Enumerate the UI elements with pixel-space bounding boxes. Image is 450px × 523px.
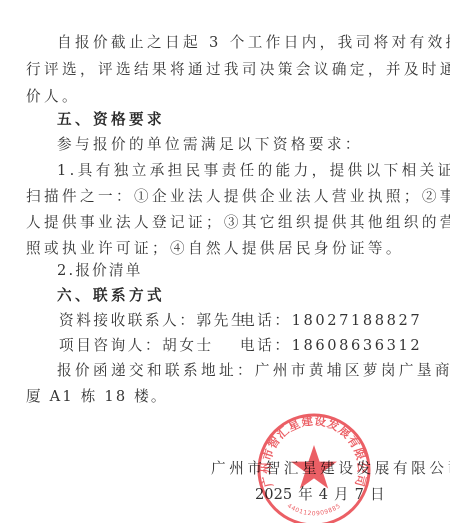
seal-code: 4401120909885 — [286, 502, 342, 517]
evaluation-line-3: 价人。 — [26, 88, 80, 106]
contact-row: 资料接收联系人：郭先生 电话：18027188827 — [0, 312, 450, 330]
contact-phone: 电话：18608636312 — [240, 337, 422, 355]
section-heading-contact: 六、联系方式 — [57, 287, 165, 305]
contact-row: 项目咨询人：胡女士 电话：18608636312 — [0, 337, 450, 355]
qualification-item-2: 2.报价清单 — [57, 262, 143, 280]
contact-label: 项目咨询人：胡女士 — [59, 337, 214, 355]
seal-star-icon — [291, 445, 337, 489]
contact-label: 资料接收联系人：郭先生 — [59, 312, 248, 330]
qualification-item-1-line-3: 人提供事业法人登记证；③其它组织提供其他组织的营业执 — [26, 214, 450, 232]
qualification-intro: 参与报价的单位需满足以下资格要求： — [57, 136, 363, 154]
qualification-item-1-line-2: 扫描件之一：①企业法人提供企业法人营业执照；②事业法 — [26, 188, 450, 206]
company-seal-icon: 广州市智汇星建设发展有限公司 4401120909885 — [256, 412, 372, 523]
svg-text:4401120909885: 4401120909885 — [286, 502, 342, 517]
qualification-item-1-line-4: 照或执业许可证；④自然人提供居民身份证等。 — [26, 240, 404, 258]
address-line-1: 报价函递交和联系地址：广州市黄埔区萝岗广垦商务大 — [57, 362, 450, 380]
section-heading-qualification: 五、资格要求 — [57, 111, 165, 129]
evaluation-line-1: 自报价截止之日起 3 个工作日内，我司将对有效报价进 — [57, 34, 450, 52]
evaluation-line-2: 行评选，评选结果将通过我司决策会议确定，并及时通知报 — [26, 61, 450, 79]
date-day-unit: 日 — [370, 486, 385, 503]
contact-phone: 电话：18027188827 — [240, 312, 422, 330]
document-page: 自报价截止之日起 3 个工作日内，我司将对有效报价进 行评选，评选结果将通过我司… — [0, 0, 450, 523]
qualification-item-1-line-1: 1.具有独立承担民事责任的能力，提供以下相关证照的 — [57, 162, 450, 180]
address-line-2: 厦 A1 栋 18 楼。 — [26, 388, 168, 406]
